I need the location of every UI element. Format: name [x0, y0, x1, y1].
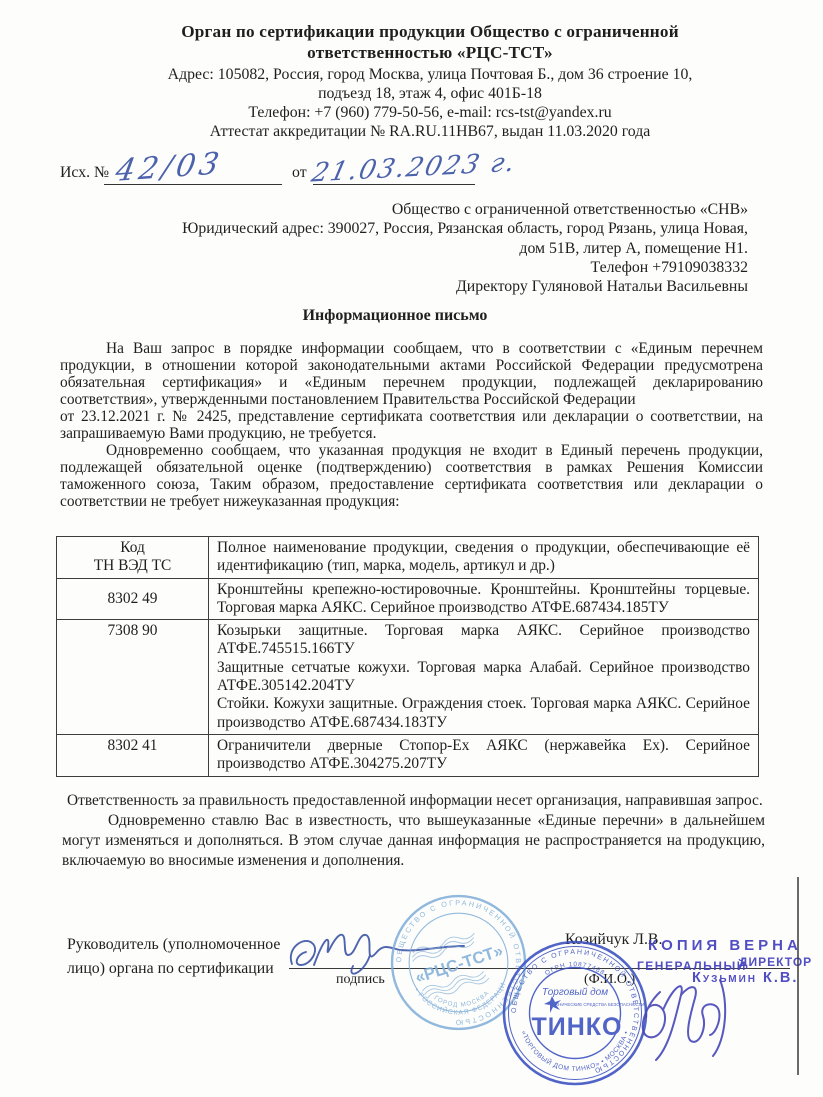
letterhead: Орган по сертификации продукции Общество…	[50, 22, 810, 141]
table-header-row: Код ТН ВЭД ТС Полное наименование продук…	[57, 537, 759, 579]
paragraph: Ответственность за правильность предоста…	[62, 791, 765, 811]
outgoing-from-label: от	[292, 164, 307, 182]
outgoing-number-label: Исх. №	[60, 164, 109, 182]
products-table: Код ТН ВЭД ТС Полное наименование продук…	[56, 536, 759, 777]
tinko-stamp-logo-text: ТИНКО	[532, 1013, 623, 1041]
table-row: 7308 90 Козырьки защитные. Торговая марк…	[57, 620, 759, 735]
copy-verna-stamp-text: КОПИЯ ВЕРНА	[648, 937, 802, 954]
table-row: 8302 49 Кронштейны крепежно-юстировочные…	[57, 578, 759, 620]
row-description: Кронштейны крепежно-юстировочные. Кроншт…	[209, 578, 759, 620]
outgoing-date-handwritten: 21.03.2023 г.	[309, 147, 520, 188]
table-row: 8302 41 Ограничители дверные Стопор-Ех А…	[57, 734, 759, 776]
row-code: 8302 41	[57, 734, 209, 776]
svg-text:ОГРН 10877488: ОГРН 10877488	[544, 961, 606, 977]
org-contacts: Телефон: +7 (960) 779-50-56, e-mail: rcs…	[50, 103, 810, 122]
document-page: Орган по сертификации продукции Общество…	[0, 0, 823, 1097]
scan-artifact-line	[797, 877, 799, 1075]
row-code: 7308 90	[57, 620, 209, 735]
paragraph: На Ваш запрос в порядке информации сообщ…	[60, 340, 763, 442]
paragraph: Одновременно сообщаем, что указанная про…	[60, 442, 763, 510]
org-address: Адрес: 105082, Россия, город Москва, ули…	[50, 65, 810, 103]
tinko-stamp-ogrn-text: ОГРН 10877488	[544, 961, 606, 977]
letter-title: Информационное письмо	[0, 307, 790, 325]
header-code: Код ТН ВЭД ТС	[57, 537, 209, 579]
row-description: Ограничители дверные Стопор-Ех АЯКС (нер…	[209, 734, 759, 776]
row-description: Козырьки защитные. Торговая марка АЯКС. …	[209, 620, 759, 735]
closing-paragraphs: Ответственность за правильность предоста…	[62, 791, 765, 871]
row-code: 8302 49	[57, 578, 209, 620]
header-description: Полное наименование продукции, сведения …	[209, 537, 759, 579]
paragraph: Одновременно ставлю Вас в известность, ч…	[62, 811, 765, 871]
kuzmin-handwritten-signature	[628, 962, 783, 1070]
outgoing-number-handwritten: 42/03	[113, 146, 225, 189]
recipient-block: Общество с ограниченной ответственностью…	[100, 200, 748, 296]
org-accreditation: Аттестат аккредитации № RA.RU.11НВ67, вы…	[50, 122, 810, 141]
guilloche-band: «РЦС-ТСТ»	[407, 924, 510, 1003]
org-name: Орган по сертификации продукции Общество…	[50, 22, 810, 63]
letter-body: На Ваш запрос в порядке информации сообщ…	[60, 340, 763, 510]
